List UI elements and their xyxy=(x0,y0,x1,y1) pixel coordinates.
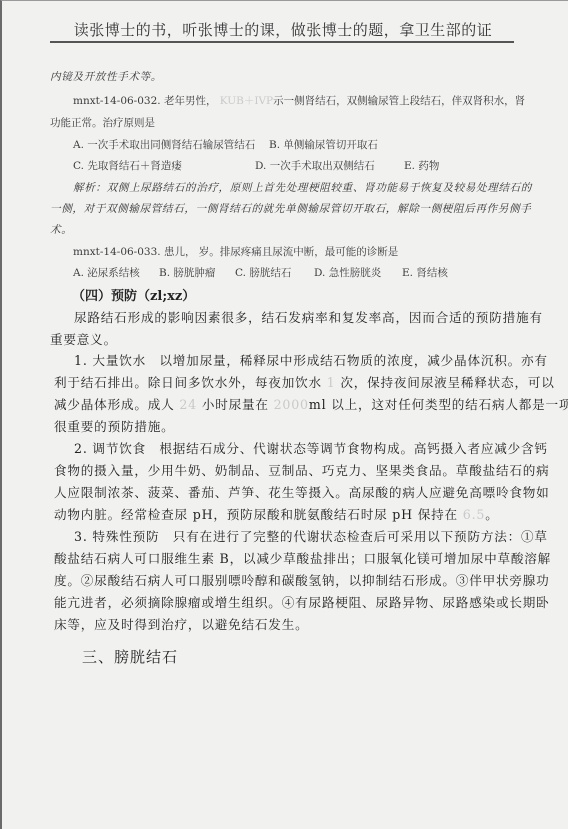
section-heading-bladder-stones: 三、膀胱结石 xyxy=(82,646,178,667)
prevention-item-3: 3. 特殊性预防 只有在进行了完整的代谢状态检查后可采用以下预防方法：①草 xyxy=(74,526,548,545)
paragraph: 能亢进者，必须摘除腺瘤或增生组织。④有尿路梗阻、尿路异物、尿路感染或长期卧 xyxy=(54,592,550,611)
document-page: 读张博士的书，听张博士的课，做张博士的题，拿卫生部的证 内镜及开放性手术等。 m… xyxy=(0,0,568,829)
option-a: A. 一次手术取出同侧肾结石输尿管结石 xyxy=(73,137,255,152)
option-c: C. 膀胱结石 xyxy=(235,265,291,280)
prevention-item-1: 1. 大量饮水 以增加尿量，稀释尿中形成结石物质的浓度，减少晶体沉积。亦有 xyxy=(74,350,548,369)
paragraph: 尿路结石形成的影响因素很多，结石发病率和复发率高，因而合适的预防措施有 xyxy=(74,307,543,326)
continuation-text: 内镜及开放性手术等。 xyxy=(50,69,162,84)
option-a: A. 泌尿系结核 xyxy=(73,265,140,280)
prevention-item-2: 2. 调节饮食 根据结石成分、代谢状态等调节食物构成。高钙摄入者应减少含钙 xyxy=(74,438,548,457)
paragraph: 利于结石排出。除日间多饮水外，每夜加饮水 1 次，保持夜间尿液呈稀释状态，可以 xyxy=(54,372,555,391)
paragraph: 酸盐结石病人可口服维生素 B，以减少草酸盐排出；口服氧化镁可增加尿中草酸溶解 xyxy=(54,548,551,567)
paragraph: 人应限制浓茶、菠菜、番茄、芦笋、花生等摄入。高尿酸的病人应避免高嘌呤食物如 xyxy=(54,482,550,501)
question-id: mnxt-14-06-033. xyxy=(73,246,161,258)
paragraph: 度。②尿酸结石病人可口服别嘌呤醇和碳酸氢钠，以抑制结石形成。③伴甲状旁腺功 xyxy=(54,570,550,589)
question-032-stem-cont: 功能正常。治疗原则是 xyxy=(50,115,155,130)
analysis-text: 术。 xyxy=(50,222,72,237)
option-b: B. 膀胱肿瘤 xyxy=(159,265,215,280)
running-head: 读张博士的书，听张博士的课，做张博士的题，拿卫生部的证 xyxy=(52,19,514,40)
question-id: mnxt-14-06-032. xyxy=(73,95,161,107)
question-032-stem: mnxt-14-06-032. 老年男性， KUB＋IVP示一侧肾结石，双侧输尿… xyxy=(73,93,525,108)
paragraph: 重要意义。 xyxy=(50,329,117,348)
paragraph: 减少晶体形成。成人 24 小时尿量在 2000ml 以上，这对任何类型的结石病人… xyxy=(54,394,568,413)
option-d: D. 急性膀胱炎 xyxy=(314,265,381,280)
analysis-text: 解析：双侧上尿路结石的治疗，原则上首先处理梗阻较重、肾功能易于恢复及较易处理结石… xyxy=(73,180,532,195)
option-e: E. 药物 xyxy=(404,158,439,173)
paragraph: 床等，应及时得到治疗，以避免结石发生。 xyxy=(54,614,308,633)
option-b: B. 单侧输尿管切开取石 xyxy=(269,137,378,152)
header-rule xyxy=(50,41,514,43)
option-c: C. 先取肾结石＋肾造瘘 xyxy=(73,158,182,173)
option-d: D. 一次手术取出双侧结石 xyxy=(255,158,375,173)
section-heading-prevention: （四）预防（zl;xz） xyxy=(72,285,195,304)
question-033-stem: mnxt-14-06-033. 患儿， 岁。排尿疼痛且尿流中断，最可能的诊断是 xyxy=(73,244,398,259)
paragraph: 很重要的预防措施。 xyxy=(54,416,175,435)
analysis-text: 一侧，对于双侧输尿管结石，一侧肾结石的就先单侧输尿管切开取石，解除一侧梗阻后再作… xyxy=(50,201,531,216)
paragraph: 动物内脏。经常检查尿 pH，预防尿酸和胱氨酸结石时尿 pH 保持在 6.5。 xyxy=(54,504,499,523)
paragraph: 食物的摄入量，少用牛奶、奶制品、豆制品、巧克力、坚果类食品。草酸盐结石的病 xyxy=(54,460,550,479)
option-e: E. 肾结核 xyxy=(402,265,448,280)
